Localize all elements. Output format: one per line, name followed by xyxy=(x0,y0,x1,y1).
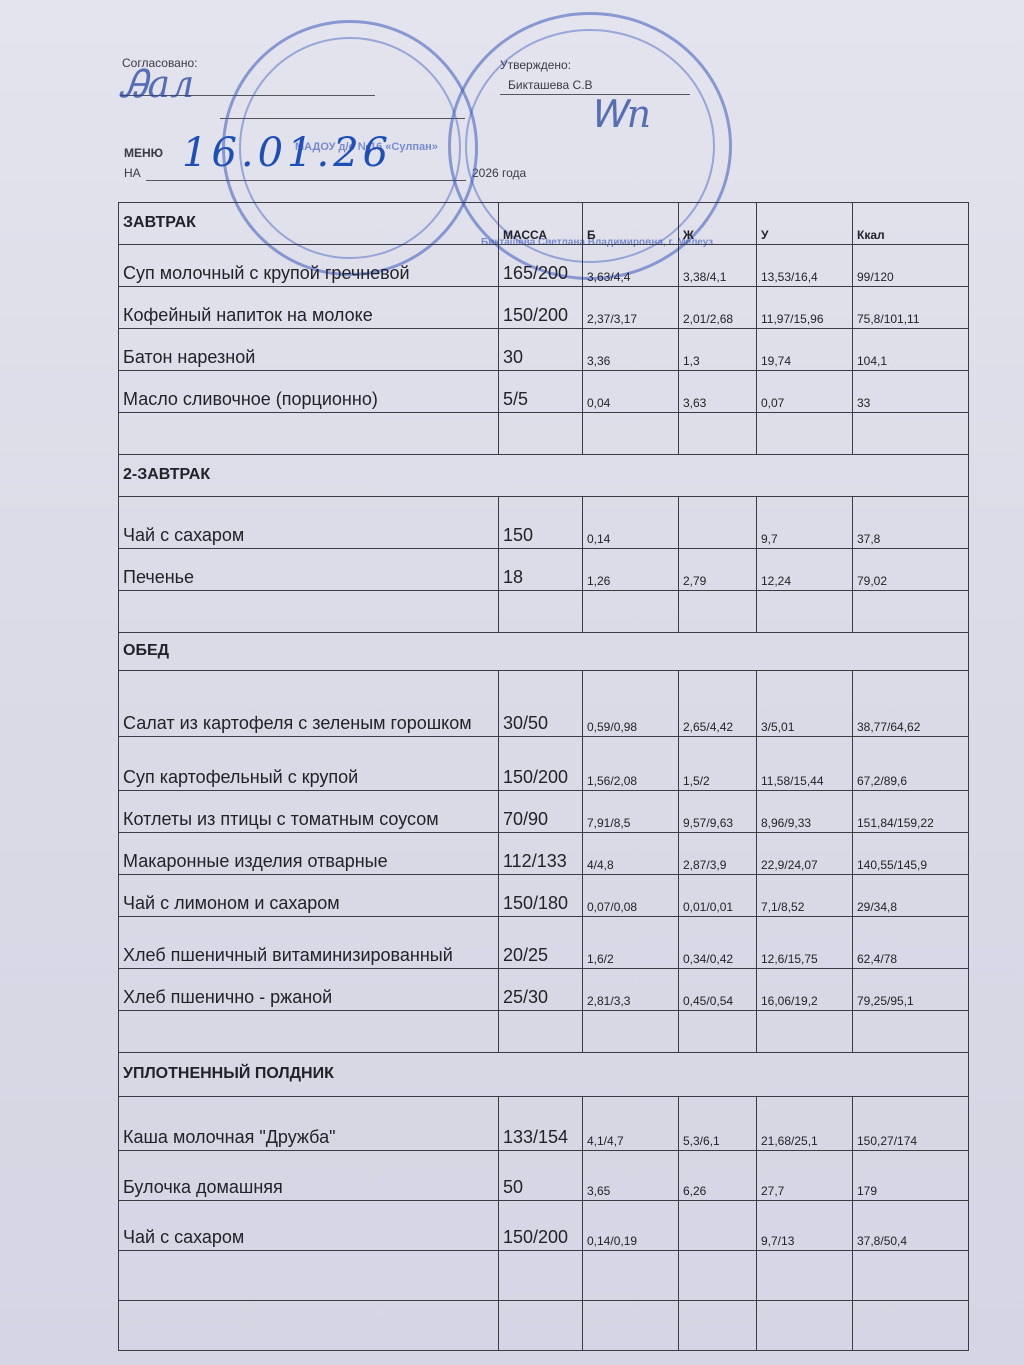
cell-mass: 133/154 xyxy=(499,1097,583,1151)
cell-zh xyxy=(679,413,757,455)
cell-b: 2,37/3,17 xyxy=(583,287,679,329)
cell-b: 1,26 xyxy=(583,549,679,591)
section-title: ОБЕД xyxy=(119,633,969,671)
cell-u: 0,07 xyxy=(757,371,853,413)
cell-kcal: 67,2/89,6 xyxy=(853,737,969,791)
cell-u xyxy=(757,1301,853,1351)
dish-name xyxy=(119,591,499,633)
dish-name: Хлеб пшенично - ржаной xyxy=(119,969,499,1011)
section-title: УПЛОТНЕННЫЙ ПОЛДНИК xyxy=(119,1053,969,1097)
cell-zh: 5,3/6,1 xyxy=(679,1097,757,1151)
dish-name: Чай с сахаром xyxy=(119,1201,499,1251)
cell-b xyxy=(583,591,679,633)
cell-b: 0,07/0,08 xyxy=(583,875,679,917)
column-header: МАССА xyxy=(499,203,583,245)
cell-b: 0,14 xyxy=(583,497,679,549)
table-row: Суп картофельный с крупой150/2001,56/2,0… xyxy=(119,737,969,791)
cell-mass: 150/200 xyxy=(499,287,583,329)
table-row: Чай с сахаром1500,149,737,8 xyxy=(119,497,969,549)
cell-zh: 0,45/0,54 xyxy=(679,969,757,1011)
cell-kcal xyxy=(853,1011,969,1053)
column-header: Ж xyxy=(679,203,757,245)
section-header-row: ОБЕД xyxy=(119,633,969,671)
table-row: Булочка домашняя503,656,2627,7179 xyxy=(119,1151,969,1201)
cell-kcal xyxy=(853,1251,969,1301)
dish-name: Печенье xyxy=(119,549,499,591)
table-row: Чай с лимоном и сахаром150/1800,07/0,080… xyxy=(119,875,969,917)
cell-mass: 70/90 xyxy=(499,791,583,833)
cell-u: 12,6/15,75 xyxy=(757,917,853,969)
dish-name: Чай с лимоном и сахаром xyxy=(119,875,499,917)
cell-zh: 0,01/0,01 xyxy=(679,875,757,917)
cell-b: 0,14/0,19 xyxy=(583,1201,679,1251)
cell-zh: 3,38/4,1 xyxy=(679,245,757,287)
menu-label: МЕНЮ xyxy=(124,146,163,160)
dish-name xyxy=(119,1251,499,1301)
cell-kcal xyxy=(853,1301,969,1351)
cell-b: 4,1/4,7 xyxy=(583,1097,679,1151)
cell-u xyxy=(757,413,853,455)
cell-zh xyxy=(679,591,757,633)
dish-name: Батон нарезной xyxy=(119,329,499,371)
dish-name: Кофейный напиток на молоке xyxy=(119,287,499,329)
empty-row xyxy=(119,591,969,633)
cell-mass: 5/5 xyxy=(499,371,583,413)
cell-b: 0,04 xyxy=(583,371,679,413)
cell-u: 13,53/16,4 xyxy=(757,245,853,287)
cell-u: 9,7/13 xyxy=(757,1201,853,1251)
approver-signature: Ꮃп xyxy=(590,92,651,137)
section-header-row: 2-ЗАВТРАК xyxy=(119,455,969,497)
cell-kcal: 179 xyxy=(853,1151,969,1201)
cell-b: 1,6/2 xyxy=(583,917,679,969)
cell-b xyxy=(583,1251,679,1301)
cell-mass: 150/180 xyxy=(499,875,583,917)
cell-u xyxy=(757,1011,853,1053)
empty-row xyxy=(119,1011,969,1053)
cell-zh: 1,3 xyxy=(679,329,757,371)
menu-table: ЗАВТРАКМАССАБЖУКкалСуп молочный с крупой… xyxy=(118,202,969,1351)
dish-name: Суп молочный с крупой гречневой xyxy=(119,245,499,287)
cell-u: 8,96/9,33 xyxy=(757,791,853,833)
cell-kcal: 37,8/50,4 xyxy=(853,1201,969,1251)
cell-kcal: 62,4/78 xyxy=(853,917,969,969)
menu-document: Согласовано: Ꭿал Утверждено: Бикташева С… xyxy=(0,0,1024,1365)
table-row: Салат из картофеля с зеленым горошком30/… xyxy=(119,671,969,737)
cell-mass xyxy=(499,1011,583,1053)
dish-name xyxy=(119,1011,499,1053)
cell-zh: 0,34/0,42 xyxy=(679,917,757,969)
cell-mass xyxy=(499,1301,583,1351)
dish-name: Чай с сахаром xyxy=(119,497,499,549)
dish-name xyxy=(119,413,499,455)
cell-zh xyxy=(679,497,757,549)
cell-kcal: 150,27/174 xyxy=(853,1097,969,1151)
cell-kcal xyxy=(853,413,969,455)
table-row: Масло сливочное (порционно)5/50,043,630,… xyxy=(119,371,969,413)
cell-u: 7,1/8,52 xyxy=(757,875,853,917)
section-title: ЗАВТРАК xyxy=(119,203,499,245)
cell-mass: 18 xyxy=(499,549,583,591)
cell-mass: 165/200 xyxy=(499,245,583,287)
cell-u: 11,58/15,44 xyxy=(757,737,853,791)
cell-kcal: 104,1 xyxy=(853,329,969,371)
cell-kcal: 79,02 xyxy=(853,549,969,591)
cell-b: 3,36 xyxy=(583,329,679,371)
cell-mass: 150/200 xyxy=(499,737,583,791)
dish-name: Макаронные изделия отварные xyxy=(119,833,499,875)
cell-zh: 1,5/2 xyxy=(679,737,757,791)
cell-zh xyxy=(679,1201,757,1251)
dish-name: Каша молочная "Дружба" xyxy=(119,1097,499,1151)
cell-mass: 25/30 xyxy=(499,969,583,1011)
empty-row xyxy=(119,1251,969,1301)
cell-zh: 2,65/4,42 xyxy=(679,671,757,737)
table-row: Каша молочная "Дружба"133/1544,1/4,75,3/… xyxy=(119,1097,969,1151)
cell-b: 4/4,8 xyxy=(583,833,679,875)
dish-name: Котлеты из птицы с томатным соусом xyxy=(119,791,499,833)
cell-u: 16,06/19,2 xyxy=(757,969,853,1011)
cell-kcal: 79,25/95,1 xyxy=(853,969,969,1011)
cell-u: 22,9/24,07 xyxy=(757,833,853,875)
cell-b xyxy=(583,1011,679,1053)
on-label: НА xyxy=(124,166,141,180)
cell-b xyxy=(583,413,679,455)
cell-mass: 150/200 xyxy=(499,1201,583,1251)
year-suffix: 2026 года xyxy=(472,166,526,180)
cell-u: 12,24 xyxy=(757,549,853,591)
cell-zh: 9,57/9,63 xyxy=(679,791,757,833)
cell-kcal: 29/34,8 xyxy=(853,875,969,917)
dish-name: Салат из картофеля с зеленым горошком xyxy=(119,671,499,737)
date-line xyxy=(146,180,466,181)
cell-kcal xyxy=(853,591,969,633)
cell-u: 11,97/15,96 xyxy=(757,287,853,329)
cell-kcal: 75,8/101,11 xyxy=(853,287,969,329)
table-row: Суп молочный с крупой гречневой165/2003,… xyxy=(119,245,969,287)
column-header: У xyxy=(757,203,853,245)
cell-mass xyxy=(499,591,583,633)
table-row: Батон нарезной303,361,319,74104,1 xyxy=(119,329,969,371)
cell-kcal: 151,84/159,22 xyxy=(853,791,969,833)
table-row: Макаронные изделия отварные112/1334/4,82… xyxy=(119,833,969,875)
section-header-row: УПЛОТНЕННЫЙ ПОЛДНИК xyxy=(119,1053,969,1097)
cell-kcal: 99/120 xyxy=(853,245,969,287)
cell-zh: 2,79 xyxy=(679,549,757,591)
cell-mass: 150 xyxy=(499,497,583,549)
cell-kcal: 33 xyxy=(853,371,969,413)
table-row: Хлеб пшенично - ржаной25/302,81/3,30,45/… xyxy=(119,969,969,1011)
cell-b: 1,56/2,08 xyxy=(583,737,679,791)
cell-mass: 50 xyxy=(499,1151,583,1201)
cell-u: 27,7 xyxy=(757,1151,853,1201)
cell-zh: 2,87/3,9 xyxy=(679,833,757,875)
cell-kcal: 37,8 xyxy=(853,497,969,549)
cell-mass: 30/50 xyxy=(499,671,583,737)
column-header: Б xyxy=(583,203,679,245)
cell-b: 3,65 xyxy=(583,1151,679,1201)
section-header-row: ЗАВТРАКМАССАБЖУКкал xyxy=(119,203,969,245)
cell-b xyxy=(583,1301,679,1351)
table-row: Котлеты из птицы с томатным соусом70/907… xyxy=(119,791,969,833)
table-row: Чай с сахаром150/2000,14/0,199,7/1337,8/… xyxy=(119,1201,969,1251)
cell-mass: 20/25 xyxy=(499,917,583,969)
cell-u xyxy=(757,1251,853,1301)
cell-zh xyxy=(679,1011,757,1053)
column-header: Ккал xyxy=(853,203,969,245)
cell-kcal: 38,77/64,62 xyxy=(853,671,969,737)
approved-label: Утверждено: xyxy=(500,58,571,72)
table-row: Хлеб пшеничный витаминизированный20/251,… xyxy=(119,917,969,969)
agreed-name-line xyxy=(220,118,465,119)
cell-b: 2,81/3,3 xyxy=(583,969,679,1011)
handwritten-date: 16.01.26 xyxy=(182,130,392,176)
cell-zh xyxy=(679,1301,757,1351)
dish-name xyxy=(119,1301,499,1351)
cell-u: 3/5,01 xyxy=(757,671,853,737)
cell-b: 3,63/4,4 xyxy=(583,245,679,287)
dish-name: Масло сливочное (порционно) xyxy=(119,371,499,413)
cell-zh: 2,01/2,68 xyxy=(679,287,757,329)
cell-mass xyxy=(499,1251,583,1301)
cell-zh xyxy=(679,1251,757,1301)
cell-zh: 3,63 xyxy=(679,371,757,413)
cell-kcal: 140,55/145,9 xyxy=(853,833,969,875)
table-row: Печенье181,262,7912,2479,02 xyxy=(119,549,969,591)
cell-mass: 30 xyxy=(499,329,583,371)
cell-u: 9,7 xyxy=(757,497,853,549)
cell-u: 19,74 xyxy=(757,329,853,371)
table-row: Кофейный напиток на молоке150/2002,37/3,… xyxy=(119,287,969,329)
agreed-signature: Ꭿал xyxy=(120,62,194,107)
cell-u xyxy=(757,591,853,633)
approver-name: Бикташева С.В xyxy=(508,78,593,92)
dish-name: Хлеб пшеничный витаминизированный xyxy=(119,917,499,969)
cell-zh: 6,26 xyxy=(679,1151,757,1201)
section-title: 2-ЗАВТРАК xyxy=(119,455,969,497)
cell-b: 7,91/8,5 xyxy=(583,791,679,833)
dish-name: Булочка домашняя xyxy=(119,1151,499,1201)
cell-mass: 112/133 xyxy=(499,833,583,875)
cell-u: 21,68/25,1 xyxy=(757,1097,853,1151)
empty-row xyxy=(119,1301,969,1351)
cell-b: 0,59/0,98 xyxy=(583,671,679,737)
cell-mass xyxy=(499,413,583,455)
empty-row xyxy=(119,413,969,455)
dish-name: Суп картофельный с крупой xyxy=(119,737,499,791)
